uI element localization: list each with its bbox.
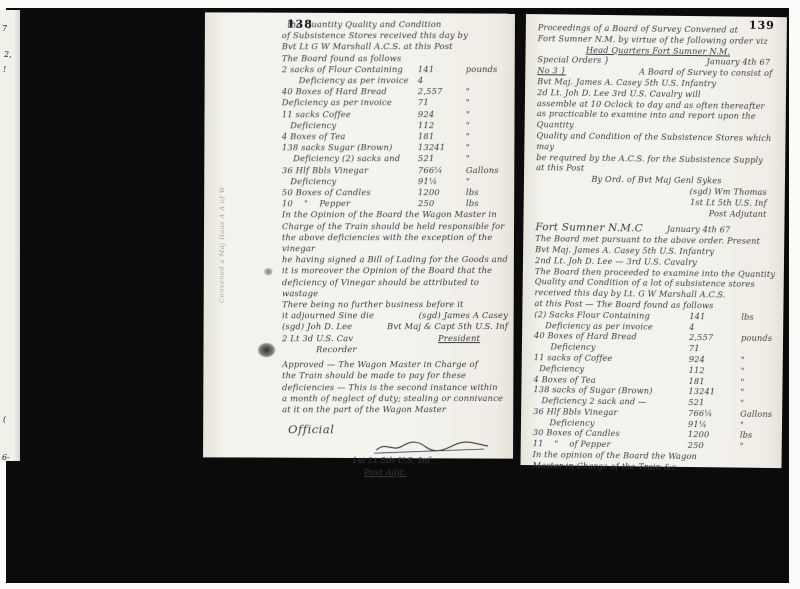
handwritten-line: Approved — The Wagon Master in Charge of	[282, 359, 508, 370]
item-label: 138 sacks Sugar (Brown)	[282, 142, 418, 153]
item-unit: "	[466, 97, 508, 108]
film-edge-mark: (	[3, 415, 6, 424]
item-label: 4 Boxes of Tea	[282, 131, 418, 142]
ink-smudge	[257, 343, 275, 358]
handwritten-line: the Quantity Quality and Condition	[282, 19, 508, 30]
president-rank: Bvt Maj & Capt 5th U.S. Inf	[387, 322, 508, 333]
item-unit: "	[740, 441, 774, 452]
proceedings-header: Proceedings of a Board of Survey Convene…	[538, 22, 779, 47]
right-page-text: Proceedings of a Board of Survey Convene…	[532, 22, 778, 474]
left-page-text: the Quantity Quality and Conditionof Sub…	[282, 19, 508, 478]
item-unit	[741, 344, 775, 355]
item-label: Deficiency	[282, 120, 418, 131]
rank-title-row: 2 Lt 3d U.S. Cav President	[282, 333, 508, 344]
item-quantity: 250	[688, 440, 740, 451]
recorder-signature-row: (sgd) Joh D. Lee Bvt Maj & Capt 5th U.S.…	[282, 322, 508, 333]
item-label: 2 sacks of Flour Containing	[282, 64, 418, 75]
approved-endorsement: Approved — The Wagon Master in Charge of…	[282, 359, 508, 415]
board-opinion-paragraph: In the Opinion of the Board the Wagon Ma…	[282, 210, 508, 311]
order-body: Bvt Maj. James A. Casey 5th U.S. Infantr…	[536, 76, 778, 176]
stores-item-row: 10 " Pepper250lbs	[282, 198, 508, 209]
handwritten-line: Charge of the Train should be held respo…	[282, 221, 508, 232]
stores-item-row: 4 Boxes of Tea181"	[282, 131, 508, 142]
handwritten-line: at it on the part of the Wagon Master	[282, 404, 508, 415]
stores-item-row: 40 Boxes of Hard Bread2,557"	[282, 86, 508, 97]
handwritten-line: he having signed a Bill of Lading for th…	[282, 254, 508, 265]
item-unit	[466, 75, 508, 86]
ink-smudge	[264, 268, 273, 276]
adjutant-rank: 1st Lt 5th U.S. Inf	[352, 455, 508, 466]
stores-item-list: (2) Sacks Flour Containing141lbs Deficie…	[533, 309, 776, 452]
item-unit: "	[740, 387, 774, 398]
item-label: 10 " Pepper	[282, 198, 418, 209]
stores-item-row: 50 Boxes of Candles1200lbs	[282, 187, 508, 198]
item-label: Deficiency as per invoice	[282, 98, 418, 109]
adjourn-signature-row: it adjourned Sine die (sgd) James A Case…	[282, 310, 508, 321]
item-label: Deficiency (2) sacks and	[282, 154, 418, 165]
official-label: Official	[288, 424, 508, 435]
film-edge-mark: 7	[2, 24, 7, 33]
item-label: 11 sacks Coffee	[282, 109, 418, 120]
order-number: No 3 }	[537, 65, 566, 76]
stores-item-row: 138 sacks Sugar (Brown)13241"	[282, 142, 508, 153]
handwritten-line: Bvt Lt G W Marshall A.C.S. at this Post	[282, 41, 508, 52]
item-unit: "	[740, 419, 774, 430]
film-edge-strip: 72,!(6-	[0, 10, 20, 461]
item-quantity: 13241	[688, 386, 740, 397]
item-quantity: 2,557	[418, 86, 466, 97]
item-unit: "	[741, 365, 775, 376]
ledger-page-right: 139 Proceedings of a Board of Survey Con…	[520, 14, 786, 468]
item-label: 36 Hlf Bbls Vinegar	[282, 165, 418, 176]
handwritten-line: The Board found as follows	[282, 53, 508, 64]
handwritten-line: deficiencies — This is the second instan…	[282, 382, 508, 393]
item-quantity: 2,557	[689, 332, 741, 343]
handwritten-line: In the Opinion of the Board the Wagon Ma…	[282, 210, 508, 221]
stores-item-row: Deficiency as per invoice71"	[282, 97, 508, 108]
item-quantity: 924	[689, 354, 741, 365]
president-signature: (sgd) James A Casey	[419, 310, 508, 321]
stores-item-row: Deficiency112"	[282, 120, 508, 131]
item-quantity: 924	[418, 109, 466, 120]
item-quantity: 71	[689, 343, 741, 354]
item-unit: lbs	[466, 198, 508, 209]
stores-item-row: 36 Hlf Bbls Vinegar766¼Gallons	[282, 165, 508, 176]
handwritten-line: of Subsistence Stores received this day …	[282, 30, 508, 41]
item-unit: "	[740, 376, 774, 387]
item-quantity: 112	[418, 120, 466, 131]
handwritten-line: deficiency of Vinegar should be attribut…	[282, 277, 508, 300]
film-edge-mark: !	[3, 65, 6, 74]
signature-scrawl-icon	[372, 437, 492, 455]
item-unit: "	[466, 109, 508, 120]
item-quantity: 4	[689, 322, 741, 333]
handwritten-line: Quality and Condition of the Subsistence…	[536, 130, 777, 155]
item-quantity: 766¼	[688, 408, 740, 419]
item-unit: "	[466, 176, 508, 187]
item-unit: Gallons	[740, 409, 774, 420]
item-unit: "	[741, 355, 775, 366]
item-quantity: 112	[689, 365, 741, 376]
handwritten-line: a month of neglect of duty; stealing or …	[282, 393, 508, 404]
item-quantity: 141	[418, 64, 466, 75]
adjutant-signature-block: 1st Lt 5th U.S. Inf Post Adjt.	[352, 437, 508, 478]
order-signature-block: (sgd) Wm Thomas1st Lt 5th U.S. InfPost A…	[536, 184, 777, 219]
item-quantity: 181	[418, 131, 466, 142]
item-unit	[741, 322, 775, 333]
handwritten-line: There being no further business before i…	[282, 299, 508, 310]
recorder-rank: 2 Lt 3d U.S. Cav	[282, 333, 353, 344]
margin-note: Convened a Maj Haas A A of W	[217, 134, 226, 354]
item-unit: "	[466, 142, 508, 153]
board-met-paragraph: The Board met pursuant to the above orde…	[534, 233, 776, 312]
item-quantity: 181	[688, 376, 740, 387]
ledger-page-left: 138 Convened a Maj Haas A A of W the Qua…	[203, 12, 515, 458]
order-date: January 4th 67	[706, 57, 778, 69]
stores-item-row: Deficiency as per invoice4	[282, 75, 508, 86]
item-quantity: 521	[418, 154, 466, 165]
closing-paragraph: In the opinion of the Board the WagonMas…	[532, 449, 773, 474]
stores-item-row: Deficiency91¼"	[282, 176, 508, 187]
item-quantity: 1200	[418, 187, 466, 198]
film-edge-mark: 2,	[4, 50, 12, 59]
item-unit: lbs	[741, 311, 775, 322]
item-quantity: 71	[418, 98, 466, 109]
president-title: President	[438, 333, 480, 344]
item-unit: lbs	[740, 430, 774, 441]
item-unit: "	[740, 398, 774, 409]
stores-item-row: 2 sacks of Flour Containing141pounds	[282, 64, 508, 75]
handwritten-line: it is moreover the Opinion of the Board …	[282, 266, 508, 277]
item-label: Deficiency	[282, 176, 418, 187]
item-unit: "	[466, 131, 508, 142]
item-unit: pounds	[466, 64, 508, 75]
item-unit: pounds	[741, 333, 775, 344]
item-quantity: 766¼	[418, 165, 466, 176]
section-date: January 4th 67	[667, 224, 731, 236]
item-quantity: 91¼	[418, 176, 466, 187]
adjutant-title: Post Adjt.	[352, 467, 508, 478]
stores-item-row: Deficiency (2) sacks and521"	[282, 153, 508, 164]
adjourn-text: it adjourned Sine die	[282, 310, 374, 321]
item-quantity: 141	[689, 311, 741, 322]
handwritten-line: the above deficiencies with the exceptio…	[282, 232, 508, 255]
stores-item-list: 2 sacks of Flour Containing141pounds Def…	[282, 64, 508, 210]
item-quantity: 1200	[688, 429, 740, 440]
item-label: 40 Boxes of Hard Bread	[282, 86, 418, 97]
film-edge-mark: 6-	[2, 453, 10, 461]
item-quantity: 13241	[418, 142, 466, 153]
item-unit: "	[466, 120, 508, 131]
item-unit: Gallons	[466, 165, 508, 176]
stores-item-row: 11 sacks Coffee924"	[282, 109, 508, 120]
item-unit: lbs	[466, 187, 508, 198]
recorder-title: Recorder	[282, 344, 508, 355]
item-label: Deficiency as per invoice	[282, 75, 418, 86]
item-label: 50 Boxes of Candles	[282, 187, 418, 198]
continuation-paragraph: the Quantity Quality and Conditionof Sub…	[282, 19, 508, 64]
item-quantity: 521	[688, 397, 740, 408]
item-unit: "	[466, 153, 508, 164]
item-quantity: 250	[418, 198, 466, 209]
special-orders-label: Special Orders }	[537, 55, 609, 67]
item-quantity: 91¼	[688, 419, 740, 430]
handwritten-line: the Train should be made to pay for thes…	[282, 370, 508, 381]
item-unit: "	[466, 86, 508, 97]
recorder-signature: (sgd) Joh D. Lee	[282, 322, 352, 333]
microfilm-scan: { "film": { "edge_marks": [ {"text": "7"…	[0, 0, 800, 589]
handwritten-line: as practicable to examine into and repor…	[537, 109, 778, 134]
item-quantity: 4	[418, 75, 466, 86]
